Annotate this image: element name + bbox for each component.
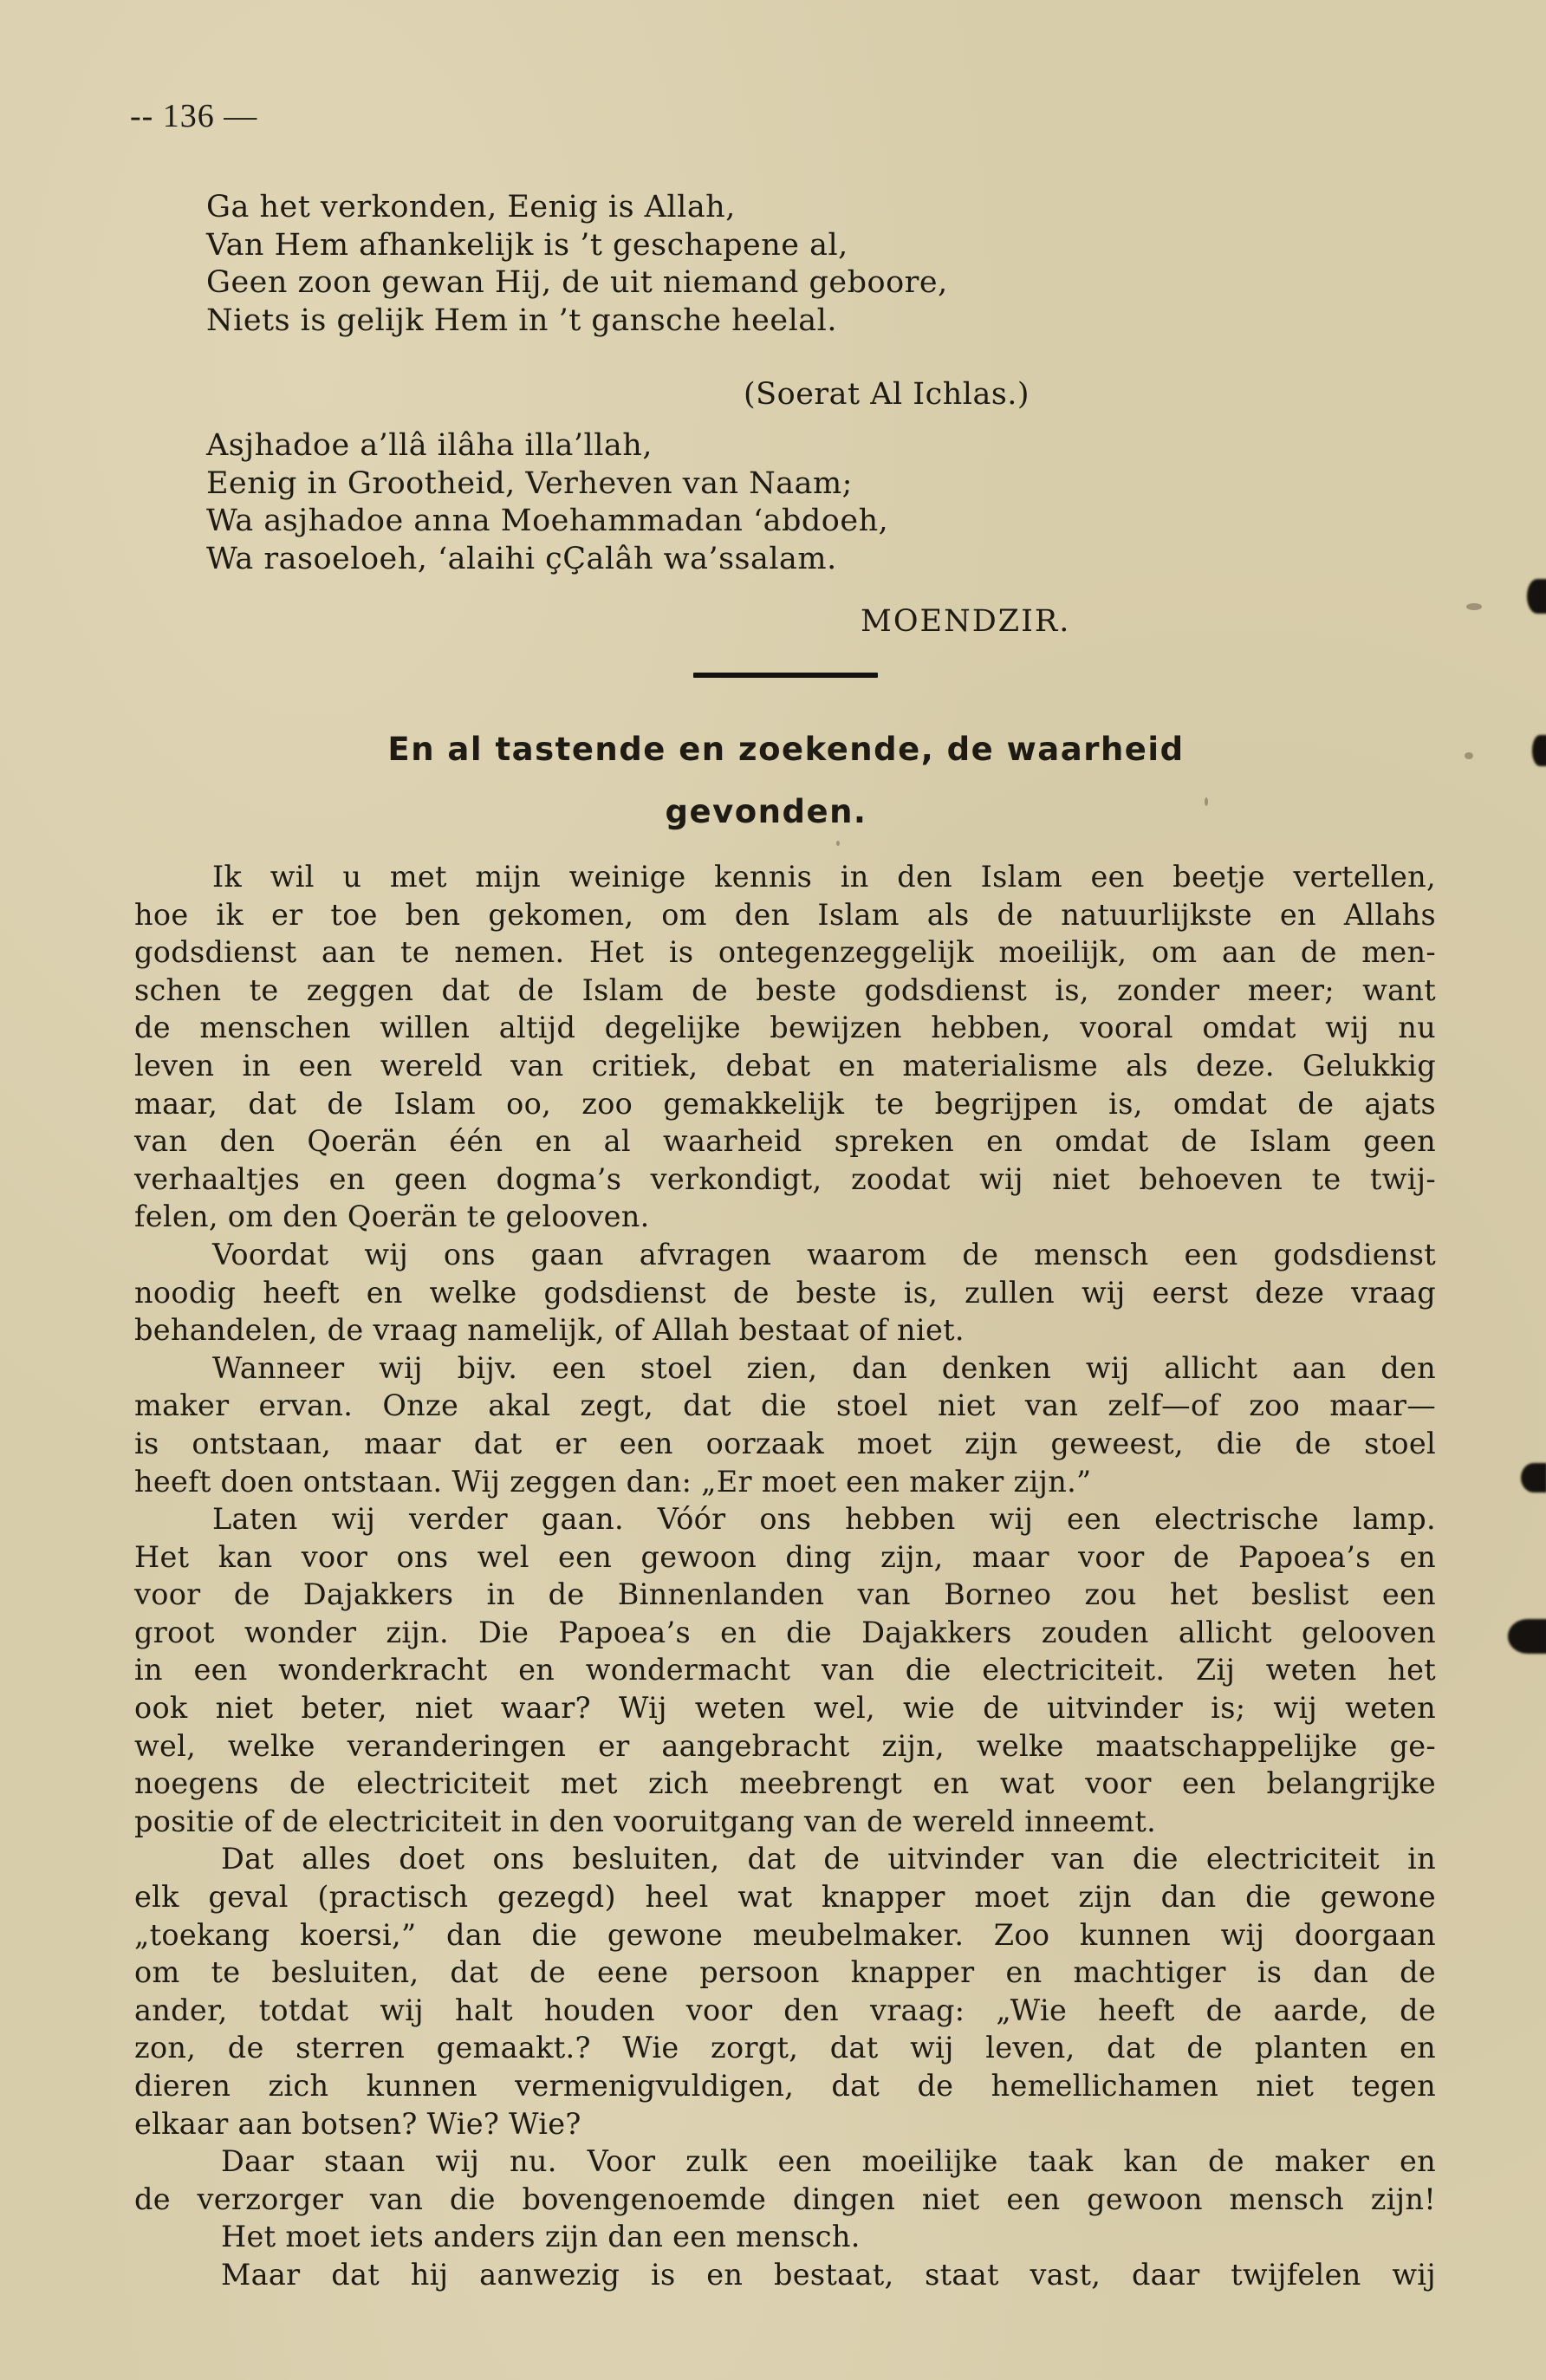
text-line: ander, totdat wij halt houden voor den v… <box>134 1992 1436 2030</box>
text-line: wel, welke veranderingen er aangebracht … <box>134 1727 1436 1765</box>
text-line: Voordat wij ons gaan afvragen waarom de … <box>134 1236 1436 1274</box>
text-line: Het kan voor ons wel een gewoon ding zij… <box>134 1538 1436 1577</box>
text-line: de menschen willen altijd degelijke bewi… <box>134 1009 1436 1047</box>
poem-line: Eenig in Grootheid, Verheven van Naam; <box>206 465 888 504</box>
poem-line: Asjhadoe a’llâ ilâha illa’llah, <box>206 427 888 465</box>
text-line: felen, om den Qoerän te gelooven. <box>134 1198 1436 1236</box>
article-title-line-2: gevonden. <box>0 793 1539 830</box>
text-line: „toekang koersi,” dan die gewone meubelm… <box>134 1916 1436 1954</box>
text-line: dieren zich kunnen vermenigvuldigen, dat… <box>134 2067 1436 2105</box>
text-line: Het moet iets anders zijn dan een mensch… <box>134 2218 1436 2256</box>
poem-line: Ga het verkonden, Eenig is Allah, <box>206 189 948 227</box>
article-body: Ik wil u met mijn weinige kennis in den … <box>134 858 1436 2294</box>
text-line: maar, dat de Islam oo, zoo gemakkelijk t… <box>134 1085 1436 1123</box>
text-line: noodig heeft en welke godsdienst de best… <box>134 1274 1436 1312</box>
poem-line: Wa rasoeloeh, ‘alaihi çÇalâh wa’ssalam. <box>206 541 888 579</box>
poem-author: MOENDZIR. <box>861 604 1070 639</box>
text-line: in een wonderkracht en wondermacht van d… <box>134 1651 1436 1689</box>
text-line: van den Qoerän één en al waarheid spreke… <box>134 1122 1436 1161</box>
poem-line: Wa asjhadoe anna Moehammadan ‘abdoeh, <box>206 503 888 541</box>
text-line: is ontstaan, maar dat er een oorzaak moe… <box>134 1425 1436 1463</box>
text-line: zon, de sterren gemaakt.? Wie zorgt, dat… <box>134 2029 1436 2067</box>
text-line: schen te zeggen dat de Islam de beste go… <box>134 972 1436 1010</box>
text-line: Maar dat hij aanwezig is en bestaat, sta… <box>134 2256 1436 2294</box>
text-line: elkaar aan botsen? Wie? Wie? <box>134 2105 1436 2143</box>
poem-line: Geen zoon gewan Hij, de uit niemand gebo… <box>206 264 948 302</box>
paper-speck <box>1466 603 1482 610</box>
text-line: godsdienst aan te nemen. Het is ontegenz… <box>134 933 1436 972</box>
page-number: -- 136 — <box>130 97 257 135</box>
text-line: de verzorger van die bovengenoemde dinge… <box>134 2181 1436 2219</box>
text-line: leven in een wereld van critiek, debat e… <box>134 1047 1436 1085</box>
text-line: om te besluiten, dat de eene persoon kna… <box>134 1954 1436 1992</box>
section-divider <box>693 673 878 678</box>
text-line: Ik wil u met mijn weinige kennis in den … <box>134 858 1436 896</box>
text-line: Laten wij verder gaan. Vóór ons hebben w… <box>134 1500 1436 1538</box>
text-line: hoe ik er toe ben gekomen, om den Islam … <box>134 896 1436 934</box>
binding-hole-mark <box>1532 735 1546 766</box>
text-line: groot wonder zijn. Die Papoea’s en die D… <box>134 1614 1436 1652</box>
poem-line: Niets is gelijk Hem in ’t gansche heelal… <box>206 302 948 341</box>
paper-speck <box>1465 752 1473 759</box>
poem-shahada: Asjhadoe a’llâ ilâha illa’llah, Eenig in… <box>206 427 888 578</box>
binding-hole-mark <box>1508 1619 1546 1654</box>
text-line: verhaaltjes en geen dogma’s verkondigt, … <box>134 1161 1436 1199</box>
scanned-book-page: -- 136 — Ga het verkonden, Eenig is Alla… <box>0 0 1546 2380</box>
binding-hole-mark <box>1521 1463 1546 1492</box>
text-line: positie of de electriciteit in den vooru… <box>134 1803 1436 1841</box>
poem-line: Van Hem afhankelijk is ’t geschapene al, <box>206 227 948 265</box>
poem-al-ichlas: Ga het verkonden, Eenig is Allah, Van He… <box>206 189 948 340</box>
paper-speck <box>1205 797 1208 806</box>
text-line: behandelen, de vraag namelijk, of Allah … <box>134 1311 1436 1349</box>
text-line: Daar staan wij nu. Voor zulk een moeilij… <box>134 2143 1436 2181</box>
text-line: voor de Dajakkers in de Binnenlanden van… <box>134 1576 1436 1614</box>
text-line: elk geval (practisch gezegd) heel wat kn… <box>134 1878 1436 1916</box>
binding-hole-mark <box>1527 579 1546 614</box>
article-title-line-1: En al tastende en zoekende, de waarheid <box>13 731 1546 768</box>
text-line: maker ervan. Onze akal zegt, dat die sto… <box>134 1387 1436 1425</box>
text-line: ook niet beter, niet waar? Wij weten wel… <box>134 1689 1436 1727</box>
text-line: Wanneer wij bijv. een stoel zien, dan de… <box>134 1349 1436 1388</box>
text-line: Dat alles doet ons besluiten, dat de uit… <box>134 1840 1436 1878</box>
paper-speck <box>836 841 840 846</box>
text-line: heeft doen ontstaan. Wij zeggen dan: „Er… <box>134 1463 1436 1501</box>
text-line: noegens de electriciteit met zich meebre… <box>134 1765 1436 1803</box>
poem-source: (Soerat Al Ichlas.) <box>744 377 1030 412</box>
